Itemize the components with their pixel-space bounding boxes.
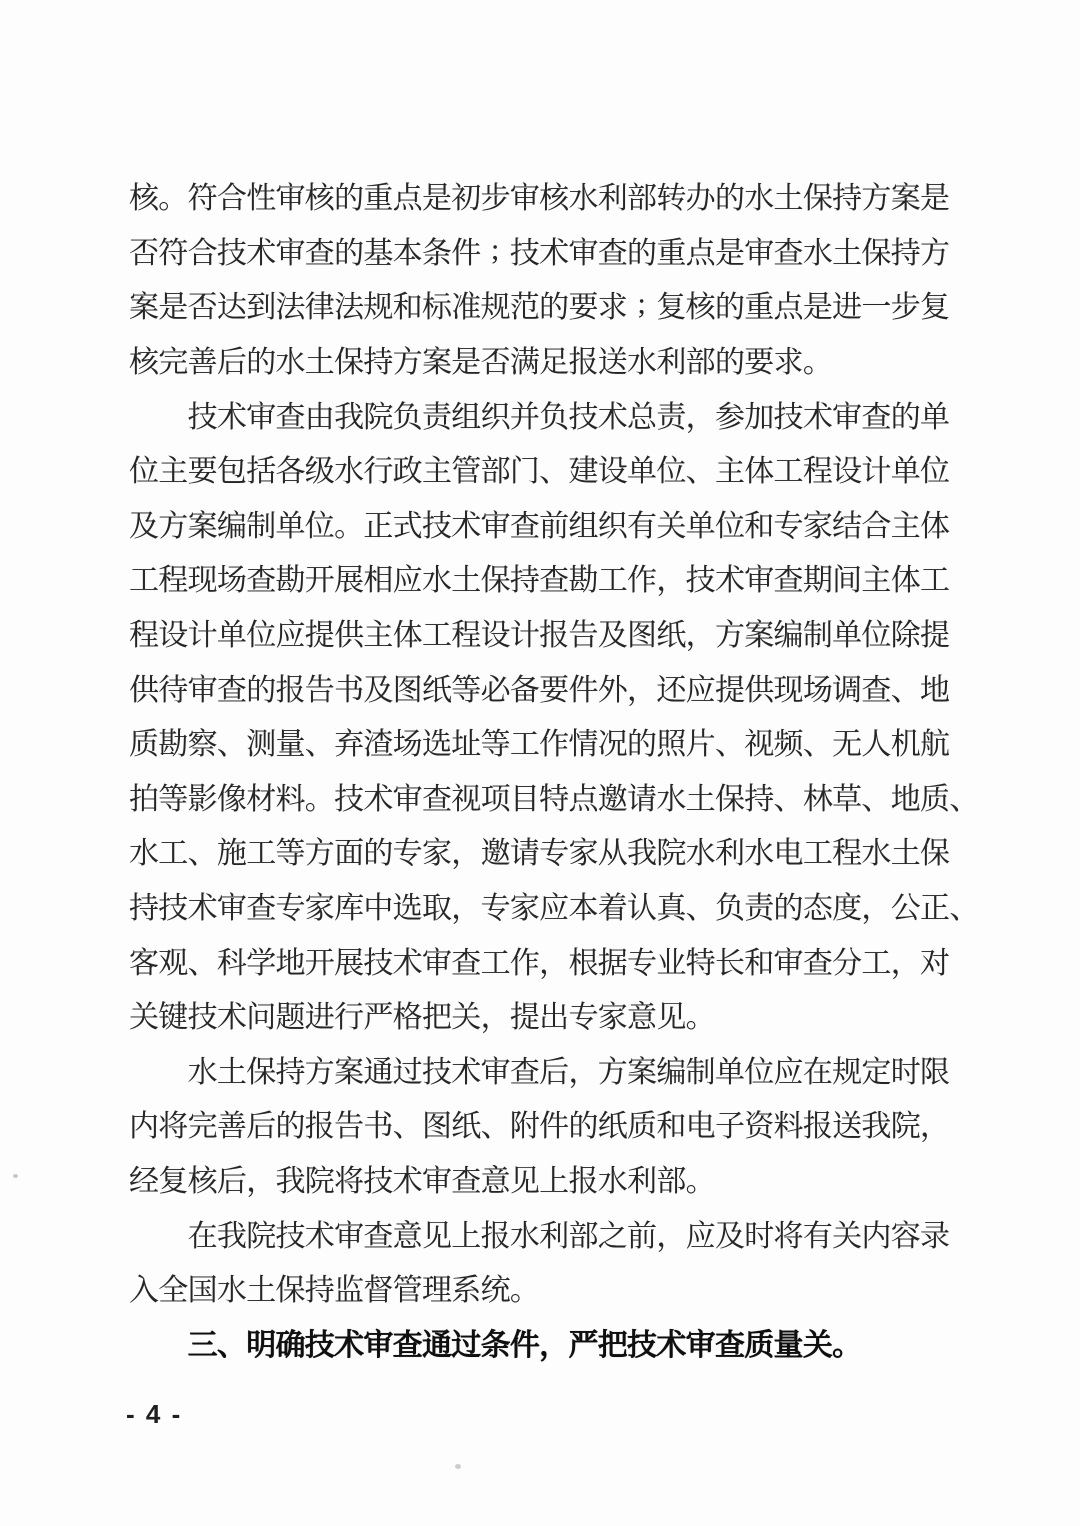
char: 术 — [451, 1047, 480, 1091]
char: 通 — [363, 1047, 392, 1091]
char: 过 — [451, 1320, 480, 1364]
char: 入 — [129, 1265, 158, 1309]
char: 计 — [510, 610, 539, 654]
char: 应 — [275, 610, 304, 654]
char: 方 — [715, 610, 744, 654]
char: 间 — [832, 555, 861, 599]
char: 专 — [275, 883, 304, 927]
char: 供 — [744, 665, 773, 709]
char: 制 — [803, 610, 832, 654]
char: 、 — [774, 774, 803, 818]
char: ， — [627, 665, 656, 709]
char: 步 — [891, 282, 920, 326]
char: 应 — [393, 555, 422, 599]
char: 部 — [686, 337, 715, 381]
char: 核 — [686, 282, 715, 326]
char: 利 — [598, 173, 627, 217]
char: 进 — [832, 282, 861, 326]
char: 保 — [334, 337, 363, 381]
char: 照 — [656, 719, 685, 763]
char: 查 — [861, 665, 890, 709]
char: 复 — [158, 1156, 187, 1200]
char: 术 — [803, 392, 832, 436]
char: 水 — [217, 1265, 246, 1309]
char: 我 — [334, 392, 363, 436]
char: 术 — [451, 501, 480, 545]
char: 利 — [715, 828, 744, 872]
char: 。 — [305, 774, 334, 818]
char: 符 — [158, 228, 187, 272]
char: 。 — [334, 501, 363, 545]
char: 审 — [188, 665, 217, 709]
char: 全 — [158, 1265, 187, 1309]
char: 复 — [920, 282, 949, 326]
char: 查 — [246, 555, 275, 599]
char: 在 — [188, 1211, 217, 1255]
char: 位 — [744, 1047, 773, 1091]
char: 量 — [774, 1320, 803, 1364]
text-line: 水土保持方案通过技术审查后，方案编制单位应在规定时限 — [129, 1042, 951, 1097]
char: 查 — [393, 1320, 422, 1364]
scan-speck — [13, 1174, 18, 1178]
char: 场 — [393, 719, 422, 763]
char: 施 — [217, 828, 246, 872]
char: 技 — [188, 392, 217, 436]
char: 通 — [422, 1320, 451, 1364]
char: 合 — [188, 228, 217, 272]
char: 技 — [305, 1320, 334, 1364]
char: 到 — [246, 282, 275, 326]
char: 等 — [481, 719, 510, 763]
char: 式 — [393, 501, 422, 545]
char: 电 — [774, 828, 803, 872]
char: 件 — [539, 1101, 568, 1145]
text-line: 入全国水土保持监督管理系统。 — [129, 1260, 951, 1315]
char: 审 — [774, 938, 803, 982]
char: 格 — [393, 992, 422, 1036]
char: 家 — [422, 828, 451, 872]
char: 统 — [481, 1265, 510, 1309]
char: 报 — [305, 1101, 334, 1145]
char: ， — [686, 610, 715, 654]
char: 技 — [568, 392, 597, 436]
char: 频 — [774, 719, 803, 763]
char: 水 — [188, 1047, 217, 1091]
char: 外 — [598, 665, 627, 709]
char: 见 — [510, 1156, 539, 1200]
char: 告 — [305, 665, 334, 709]
char: 程 — [129, 610, 158, 654]
char: 责 — [422, 392, 451, 436]
char: 把 — [598, 1320, 627, 1364]
char: 组 — [451, 392, 480, 436]
char: 的 — [627, 228, 656, 272]
char: 、 — [891, 665, 920, 709]
char: 方 — [920, 228, 949, 272]
char: 的 — [715, 282, 744, 326]
char: 长 — [715, 938, 744, 982]
char: 学 — [246, 938, 275, 982]
text-line: 程设计单位应提供主体工程设计报告及图纸，方案编制单位除提 — [129, 605, 951, 660]
char: 意 — [627, 992, 656, 1036]
char: 报 — [568, 337, 597, 381]
char: 保 — [246, 1047, 275, 1091]
char: 告 — [568, 610, 597, 654]
char: 工 — [481, 938, 510, 982]
char: 理 — [422, 1265, 451, 1309]
char: 、 — [861, 774, 890, 818]
char: 设 — [832, 446, 861, 490]
char: 取 — [422, 883, 451, 927]
char: 术 — [217, 392, 246, 436]
char: 严 — [363, 992, 392, 1036]
char: 的 — [363, 828, 392, 872]
char: 、 — [686, 446, 715, 490]
char: 图 — [627, 610, 656, 654]
char: 办 — [686, 173, 715, 217]
char: 是 — [803, 282, 832, 326]
char: 水 — [656, 774, 685, 818]
char: 告 — [334, 1101, 363, 1145]
char: ， — [539, 938, 568, 982]
char: 三 — [188, 1320, 217, 1364]
text-line: 经复核后，我院将技术审查意见上报水利部。 — [129, 1151, 951, 1206]
char: 地 — [275, 938, 304, 982]
char: 查 — [803, 938, 832, 982]
char: 转 — [656, 173, 685, 217]
char: ， — [656, 1211, 685, 1255]
char: 量 — [275, 719, 304, 763]
char: 点 — [393, 173, 422, 217]
char: 公 — [891, 883, 920, 927]
char: 必 — [481, 665, 510, 709]
char: 查 — [539, 555, 568, 599]
char: 保 — [275, 1265, 304, 1309]
char: 审 — [510, 173, 539, 217]
char: 监 — [334, 1265, 363, 1309]
char: 案 — [422, 337, 451, 381]
char: 面 — [334, 828, 363, 872]
char: 土 — [305, 337, 334, 381]
char: 和 — [744, 938, 773, 982]
char: 查 — [246, 883, 275, 927]
char: 的 — [891, 392, 920, 436]
char: 设 — [158, 610, 187, 654]
char: 察 — [188, 719, 217, 763]
char: 查 — [217, 665, 246, 709]
char: 要 — [188, 446, 217, 490]
char: 技 — [217, 228, 246, 272]
char: 提 — [920, 610, 949, 654]
char: 法 — [334, 282, 363, 326]
char: 审 — [275, 228, 304, 272]
char: 水 — [627, 337, 656, 381]
char: 术 — [363, 774, 392, 818]
char: 审 — [275, 173, 304, 217]
char: 影 — [188, 774, 217, 818]
char: 水 — [510, 1211, 539, 1255]
char: 进 — [305, 992, 334, 1036]
char: 技 — [188, 992, 217, 1036]
char: 审 — [832, 392, 861, 436]
char: 、 — [305, 719, 334, 763]
char: 应 — [539, 883, 568, 927]
char: ， — [246, 1156, 275, 1200]
char: 审 — [744, 228, 773, 272]
char: 、 — [949, 883, 978, 927]
text-line: 关键技术问题进行严格把关，提出专家意见。 — [129, 987, 951, 1042]
char: 织 — [481, 392, 510, 436]
char: 。 — [686, 1156, 715, 1200]
char: 后 — [217, 337, 246, 381]
char: 主 — [363, 610, 392, 654]
char: ， — [451, 883, 480, 927]
char: 水 — [129, 828, 158, 872]
char: 我 — [275, 1156, 304, 1200]
char: 正 — [363, 501, 392, 545]
char: 持 — [305, 1265, 334, 1309]
char: 选 — [393, 883, 422, 927]
char: 查 — [598, 228, 627, 272]
char: 要 — [568, 282, 597, 326]
char: 及 — [598, 610, 627, 654]
char: 内 — [861, 1211, 890, 1255]
char: 位 — [305, 501, 334, 545]
char: 我 — [217, 1211, 246, 1255]
char: 要 — [744, 337, 773, 381]
char: 程 — [158, 555, 187, 599]
char: 持 — [744, 774, 773, 818]
char: 保 — [861, 228, 890, 272]
char: 待 — [158, 665, 187, 709]
char: 术 — [715, 555, 744, 599]
char: 单 — [686, 501, 715, 545]
char: 法 — [275, 282, 304, 326]
char: 重 — [744, 282, 773, 326]
char: 水 — [803, 228, 832, 272]
char: 邀 — [481, 828, 510, 872]
char: 人 — [861, 719, 890, 763]
char: 审 — [217, 883, 246, 927]
char: 拍 — [129, 774, 158, 818]
char: 持 — [129, 883, 158, 927]
char: 工 — [774, 446, 803, 490]
char: 观 — [158, 938, 187, 982]
char: 根 — [568, 938, 597, 982]
char: 编 — [656, 1047, 685, 1091]
char: 术 — [188, 883, 217, 927]
char: 单 — [627, 446, 656, 490]
char: 部 — [627, 173, 656, 217]
char: 提 — [305, 610, 334, 654]
char: 供 — [129, 665, 158, 709]
char: 土 — [217, 1047, 246, 1091]
char: 要 — [539, 665, 568, 709]
char: 后 — [539, 1047, 568, 1091]
char: 和 — [393, 282, 422, 326]
char: 工 — [598, 555, 627, 599]
char: 录 — [920, 1211, 949, 1255]
char: 家 — [598, 992, 627, 1036]
char: 前 — [539, 501, 568, 545]
char: 审 — [422, 938, 451, 982]
char: 专 — [627, 938, 656, 982]
scan-speck — [455, 1464, 461, 1469]
char: 查 — [861, 392, 890, 436]
char: 上 — [539, 1156, 568, 1200]
char: ， — [920, 1101, 949, 1145]
char: 括 — [246, 446, 275, 490]
char: 址 — [451, 719, 480, 763]
char: 关 — [656, 501, 685, 545]
char: 前 — [627, 1211, 656, 1255]
char: 见 — [422, 1211, 451, 1255]
char: 水 — [686, 828, 715, 872]
char: 单 — [832, 610, 861, 654]
char: 我 — [627, 828, 656, 872]
char: 计 — [861, 446, 890, 490]
char: 勘 — [568, 555, 597, 599]
char: 参 — [715, 392, 744, 436]
char: 结 — [832, 501, 861, 545]
char: 、 — [188, 938, 217, 982]
char: 包 — [217, 446, 246, 490]
char: 有 — [803, 1211, 832, 1255]
char: 、 — [217, 1320, 246, 1364]
char: 负 — [715, 883, 744, 927]
char: 院 — [891, 1101, 920, 1145]
char: 复 — [656, 282, 685, 326]
char: 持 — [510, 555, 539, 599]
char: 视 — [744, 719, 773, 763]
char: 单 — [275, 501, 304, 545]
char: 行 — [334, 992, 363, 1036]
char: 负 — [539, 392, 568, 436]
char: 上 — [451, 1211, 480, 1255]
char: 点 — [774, 282, 803, 326]
char: 工 — [510, 719, 539, 763]
char: 水 — [744, 173, 773, 217]
char: 水 — [422, 555, 451, 599]
char: 关 — [832, 1211, 861, 1255]
char: 认 — [627, 883, 656, 927]
char: 提 — [510, 992, 539, 1036]
char: 水 — [598, 1156, 627, 1200]
char: 技 — [774, 392, 803, 436]
char: 核 — [305, 173, 334, 217]
char: 草 — [832, 774, 861, 818]
char: 审 — [334, 1211, 363, 1255]
char: 土 — [891, 828, 920, 872]
char: 规 — [481, 282, 510, 326]
char: 核 — [129, 337, 158, 381]
char: 展 — [334, 555, 363, 599]
char: 应 — [686, 1211, 715, 1255]
char: 技 — [158, 883, 187, 927]
char: 技 — [363, 938, 392, 982]
char: 位 — [656, 446, 685, 490]
char: 各 — [275, 446, 304, 490]
char: 航 — [920, 719, 949, 763]
char: 无 — [832, 719, 861, 763]
char: 案 — [129, 282, 158, 326]
char: 应 — [686, 665, 715, 709]
char: 利 — [627, 1156, 656, 1200]
char: 之 — [598, 1211, 627, 1255]
char: 保 — [920, 828, 949, 872]
char: 编 — [774, 610, 803, 654]
char: 是 — [451, 337, 480, 381]
char: 合 — [217, 173, 246, 217]
char: 专 — [393, 828, 422, 872]
char: 及 — [129, 501, 158, 545]
char: 管 — [393, 1265, 422, 1309]
char: 料 — [774, 1101, 803, 1145]
char: 据 — [598, 938, 627, 982]
char: 意 — [481, 1156, 510, 1200]
char: 查 — [305, 228, 334, 272]
char: 业 — [656, 938, 685, 982]
char: 把 — [422, 992, 451, 1036]
char: 现 — [774, 665, 803, 709]
char: 级 — [305, 446, 334, 490]
char: 场 — [803, 665, 832, 709]
char: 否 — [129, 228, 158, 272]
char: 质 — [920, 774, 949, 818]
char: 家 — [803, 501, 832, 545]
char: 性 — [246, 173, 275, 217]
char: 情 — [568, 719, 597, 763]
char: 键 — [158, 992, 187, 1036]
char: 土 — [774, 173, 803, 217]
char: 的 — [539, 282, 568, 326]
char: 系 — [451, 1265, 480, 1309]
char: 主 — [861, 555, 890, 599]
char: 严 — [568, 1320, 597, 1364]
char: 主 — [158, 446, 187, 490]
char: 程 — [803, 446, 832, 490]
char: 主 — [715, 446, 744, 490]
char: 后 — [217, 1156, 246, 1200]
char: 方 — [598, 1047, 627, 1091]
char: 点 — [686, 228, 715, 272]
char: 方 — [305, 1047, 334, 1091]
char: 。 — [803, 337, 832, 381]
char: 组 — [568, 501, 597, 545]
char: 查 — [451, 1156, 480, 1200]
char: 工 — [803, 828, 832, 872]
text-line: 持技术审查专家库中选取，专家应本着认真、负责的态度，公正、 — [129, 878, 951, 933]
char: 纸 — [598, 1101, 627, 1145]
char: 土 — [246, 1265, 275, 1309]
char: 术 — [539, 228, 568, 272]
char: 。 — [832, 1320, 861, 1364]
char: 查 — [363, 1211, 392, 1255]
char: 求 — [598, 282, 627, 326]
char: 地 — [920, 665, 949, 709]
char: 位 — [715, 501, 744, 545]
char: 的 — [715, 337, 744, 381]
char: 、 — [686, 883, 715, 927]
char: 规 — [363, 282, 392, 326]
char: 条 — [422, 228, 451, 272]
char: 完 — [188, 1101, 217, 1145]
char: 设 — [598, 446, 627, 490]
char: 特 — [686, 938, 715, 982]
char: 还 — [656, 665, 685, 709]
char: 态 — [803, 883, 832, 927]
char: 织 — [598, 501, 627, 545]
